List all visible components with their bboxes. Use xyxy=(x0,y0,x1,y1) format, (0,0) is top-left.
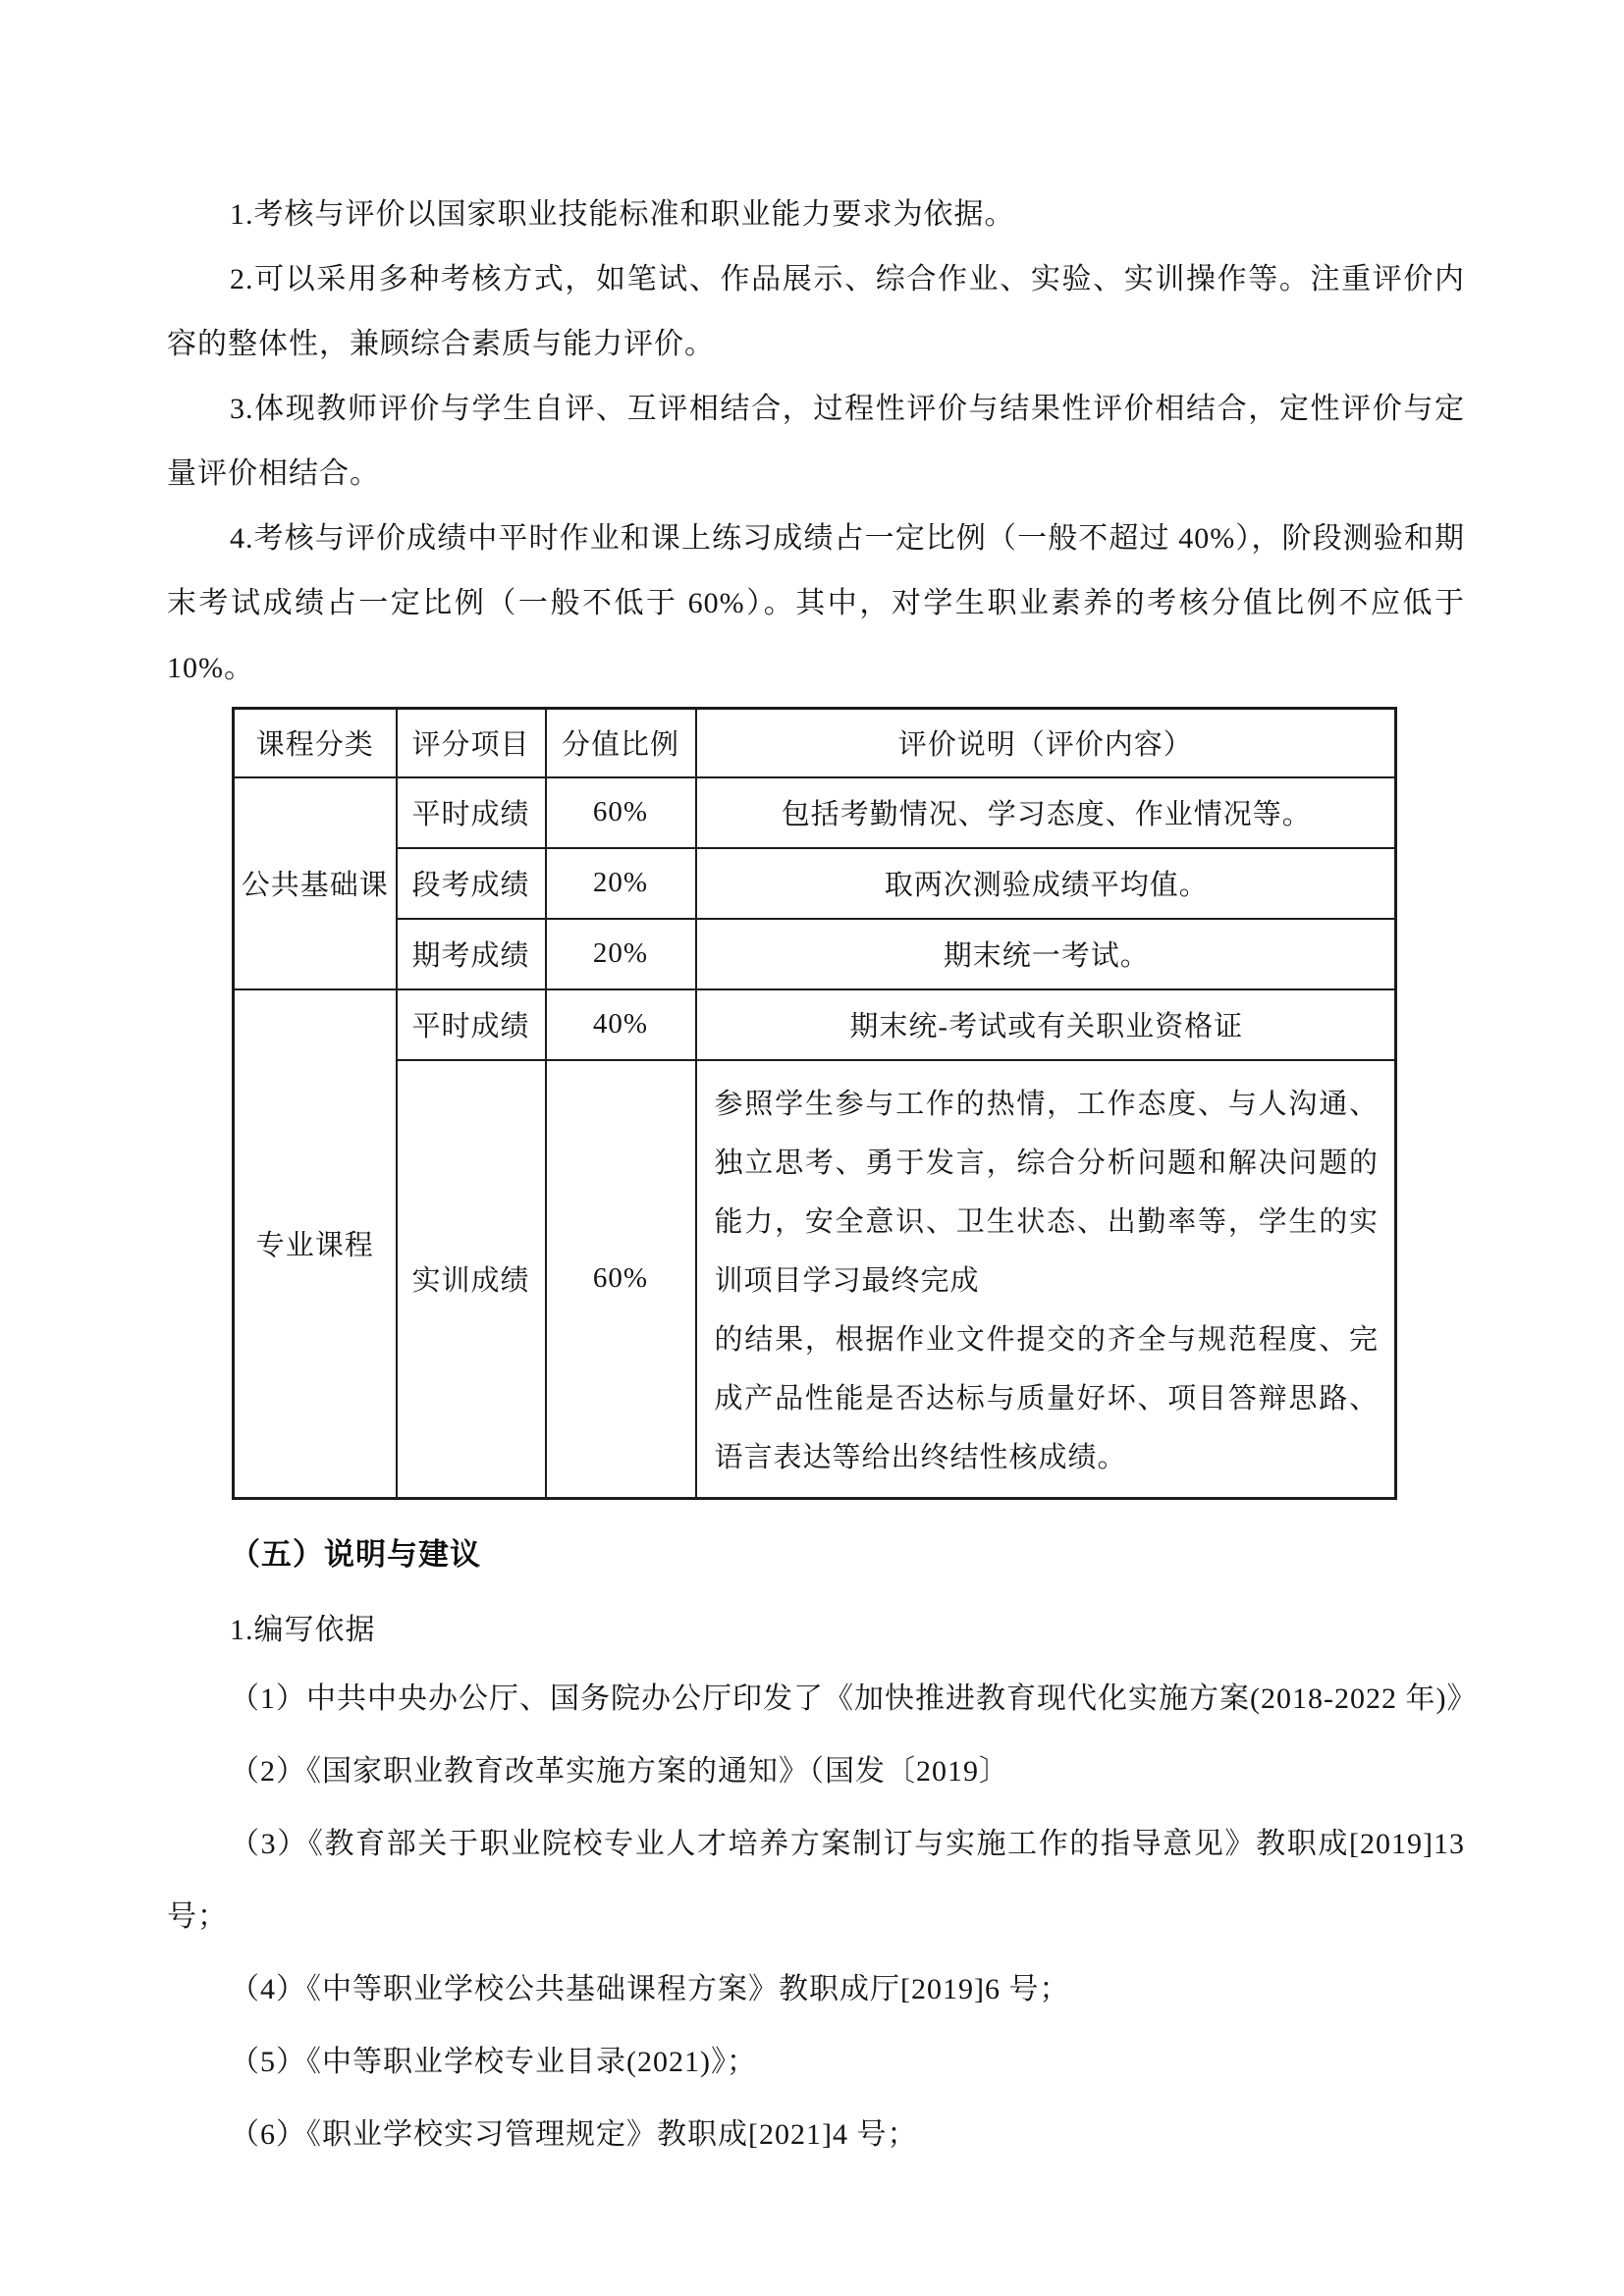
ratio-cell: 60% xyxy=(546,777,696,848)
intro-paragraph-1: 1.考核与评价以国家职业技能标准和职业能力要求为依据。 xyxy=(167,183,1465,247)
description-line: 参照学生参与工作的热情，工作态度、与人沟通、独立思考、勇于发言，综合分析问题和解… xyxy=(715,1075,1380,1310)
document-page: 1.考核与评价以国家职业技能标准和职业能力要求为依据。 2.可以采用多种考核方式… xyxy=(0,0,1624,2296)
ratio-cell: 60% xyxy=(546,1060,696,1499)
table-row: 公共基础课 平时成绩 60% 包括考勤情况、学习态度、作业情况等。 xyxy=(234,777,1396,848)
score-item-cell: 平时成绩 xyxy=(397,989,546,1060)
reference-item: （1）中共中央办公厅、国务院办公厅印发了《加快推进教育现代化实施方案(2018-… xyxy=(167,1663,1465,1735)
score-item-cell: 段考成绩 xyxy=(397,848,546,919)
description-cell: 参照学生参与工作的热情，工作态度、与人沟通、独立思考、勇于发言，综合分析问题和解… xyxy=(696,1060,1396,1499)
reference-item: （2）《国家职业教育改革实施方案的通知》（国发〔2019〕 xyxy=(167,1735,1465,1808)
description-cell: 期末统-考试或有关职业资格证 xyxy=(696,989,1396,1060)
ratio-cell: 20% xyxy=(546,848,696,919)
subsection-heading: 1.编写依据 xyxy=(167,1598,1465,1663)
intro-paragraph-2: 2.可以采用多种考核方式，如笔试、作品展示、综合作业、实验、实训操作等。注重评价… xyxy=(167,247,1465,377)
description-cell: 期末统一考试。 xyxy=(696,919,1396,989)
header-ratio: 分值比例 xyxy=(546,709,696,777)
category-cell-public-basic: 公共基础课 xyxy=(234,777,397,989)
reference-item: （5）《中等职业学校专业目录(2021)》； xyxy=(167,2026,1465,2099)
score-item-cell: 实训成绩 xyxy=(397,1060,546,1499)
table-row: 专业课程 平时成绩 40% 期末统-考试或有关职业资格证 xyxy=(234,989,1396,1060)
reference-item: （4）《中等职业学校公共基础课程方案》教职成厅[2019]6 号； xyxy=(167,1953,1465,2026)
header-description: 评价说明（评价内容） xyxy=(696,709,1396,777)
category-cell-professional: 专业课程 xyxy=(234,989,397,1499)
section-heading: （五）说明与建议 xyxy=(230,1527,1465,1582)
header-score-item: 评分项目 xyxy=(397,709,546,777)
page-content: 1.考核与评价以国家职业技能标准和职业能力要求为依据。 2.可以采用多种考核方式… xyxy=(167,183,1465,2171)
reference-item: （6）《职业学校实习管理规定》教职成[2021]4 号； xyxy=(167,2099,1465,2171)
description-cell: 包括考勤情况、学习态度、作业情况等。 xyxy=(696,777,1396,848)
score-item-cell: 平时成绩 xyxy=(397,777,546,848)
table-row: 段考成绩 20% 取两次测验成绩平均值。 xyxy=(234,848,1396,919)
score-item-cell: 期考成绩 xyxy=(397,919,546,989)
intro-paragraph-3: 3.体现教师评价与学生自评、互评相结合，过程性评价与结果性评价相结合，定性评价与… xyxy=(167,377,1465,507)
intro-paragraph-4: 4.考核与评价成绩中平时作业和课上练习成绩占一定比例（一般不超过 40%），阶段… xyxy=(167,507,1465,701)
reference-item: （3）《教育部关于职业院校专业人才培养方案制订与实施工作的指导意见》教职成[20… xyxy=(167,1808,1465,1953)
ratio-cell: 20% xyxy=(546,919,696,989)
ratio-cell: 40% xyxy=(546,989,696,1060)
header-course-category: 课程分类 xyxy=(234,709,397,777)
table-header-row: 课程分类 评分项目 分值比例 评价说明（评价内容） xyxy=(234,709,1396,777)
description-line: 的结果，根据作业文件提交的齐全与规范程度、完成产品性能是否达标与质量好坏、项目答… xyxy=(715,1310,1380,1487)
table-row: 实训成绩 60% 参照学生参与工作的热情，工作态度、与人沟通、独立思考、勇于发言… xyxy=(234,1060,1396,1499)
table-row: 期考成绩 20% 期末统一考试。 xyxy=(234,919,1396,989)
evaluation-table: 课程分类 评分项目 分值比例 评价说明（评价内容） 公共基础课 平时成绩 60%… xyxy=(232,707,1397,1500)
description-cell: 取两次测验成绩平均值。 xyxy=(696,848,1396,919)
